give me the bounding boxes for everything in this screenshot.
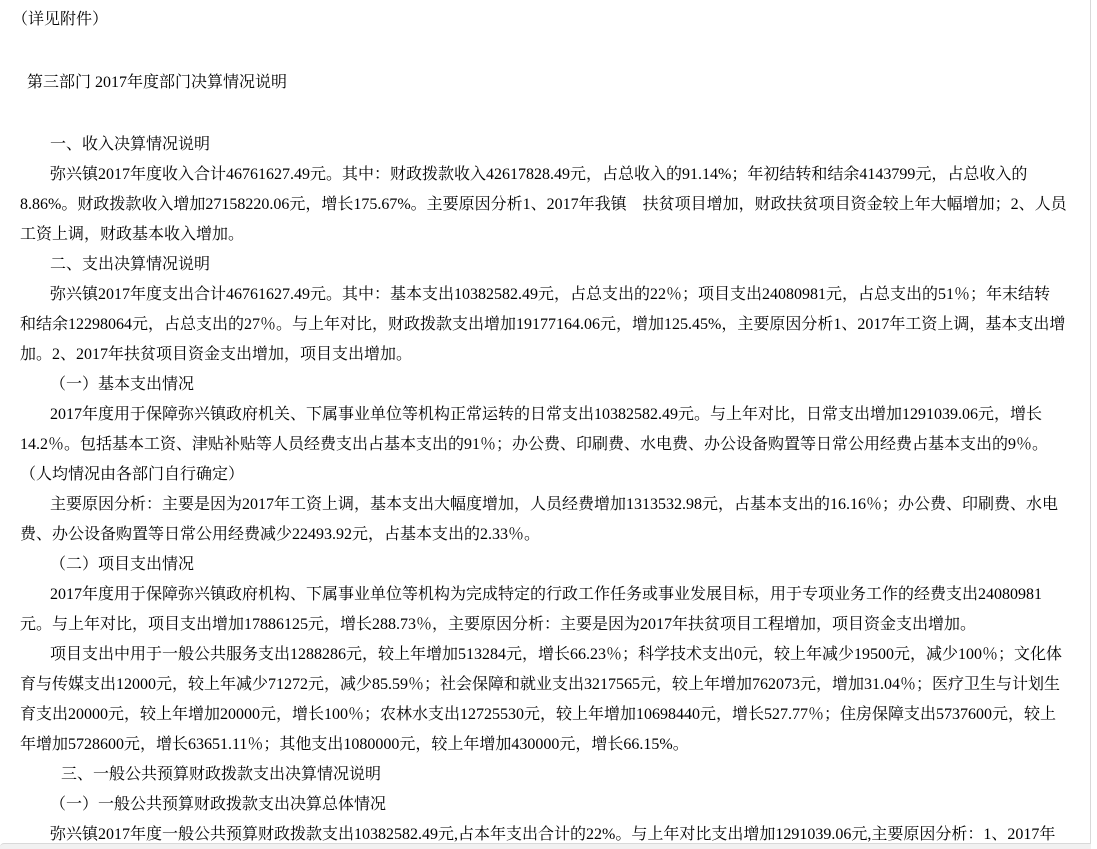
text-line: 2017年度用于保障弥兴镇政府机关、下属事业单位等机构正常运转的日常支出1038…: [0, 400, 1092, 430]
text-line: 费、办公设备购置等日常公用经费减少22493.92元，占基本支出的2.33％。: [0, 520, 1092, 550]
text-line: 加。2、2017年扶贫项目资金支出增加，项目支出增加。: [0, 340, 1092, 370]
text-line: 2017年度用于保障弥兴镇政府机构、下属事业单位等机构为完成特定的行政工作任务或…: [0, 580, 1092, 610]
text-line: （一）基本支出情况: [0, 370, 1092, 400]
horizontal-scrollbar-track[interactable]: [0, 843, 1091, 849]
text-line: 工资上调，财政基本收入增加。: [0, 220, 1092, 250]
frame-right-border: [1090, 0, 1091, 849]
text-line: （一）一般公共预算财政拨款支出决算总体情况: [0, 790, 1092, 820]
text-line: 项目支出中用于一般公共服务支出1288286元，较上年增加513284元，增长6…: [0, 640, 1092, 670]
text-line: 年增加5728600元，增长63651.11％；其他支出1080000元，较上年…: [0, 730, 1092, 760]
text-line: 和结余12298064元，占总支出的27％。与上年对比，财政拨款支出增加1917…: [0, 310, 1092, 340]
text-line: 弥兴镇2017年度支出合计46761627.49元。其中：基本支出1038258…: [0, 280, 1092, 310]
text-line: 一、收入决算情况说明: [0, 130, 1092, 160]
text-line: 主要原因分析：主要是因为2017年工资上调，基本支出大幅度增加，人员经费增加13…: [0, 490, 1092, 520]
text-line: 三、一般公共预算财政拨款支出决算情况说明: [0, 760, 1092, 790]
document-body: 一、收入决算情况说明弥兴镇2017年度收入合计46761627.49元。其中：财…: [0, 130, 1092, 849]
text-line: 二、支出决算情况说明: [0, 250, 1092, 280]
text-line: 14.2％。包括基本工资、津贴补贴等人员经费支出占基本支出的91％；办公费、印刷…: [0, 430, 1092, 460]
document-title: 第三部门 2017年度部门决算情况说明: [27, 68, 287, 98]
text-line: 育与传媒支出12000元，较上年减少71272元，减少85.59％；社会保障和就…: [0, 670, 1092, 700]
text-line: 8.86%。财政拨款收入增加27158220.06元，增长175.67%。主要原…: [0, 190, 1092, 220]
attachment-note: （详见附件）: [12, 5, 108, 35]
text-line: （人均情况由各部门自行确定）: [0, 460, 1092, 490]
document-page: （详见附件） 第三部门 2017年度部门决算情况说明 一、收入决算情况说明弥兴镇…: [0, 0, 1097, 849]
text-line: 弥兴镇2017年度收入合计46761627.49元。其中：财政拨款收入42617…: [0, 160, 1092, 190]
text-line: 育支出20000元，较上年增加20000元，增长100％；农林水支出127255…: [0, 700, 1092, 730]
text-line: 元。与上年对比，项目支出增加17886125元，增长288.73％，主要原因分析…: [0, 610, 1092, 640]
text-line: （二）项目支出情况: [0, 550, 1092, 580]
